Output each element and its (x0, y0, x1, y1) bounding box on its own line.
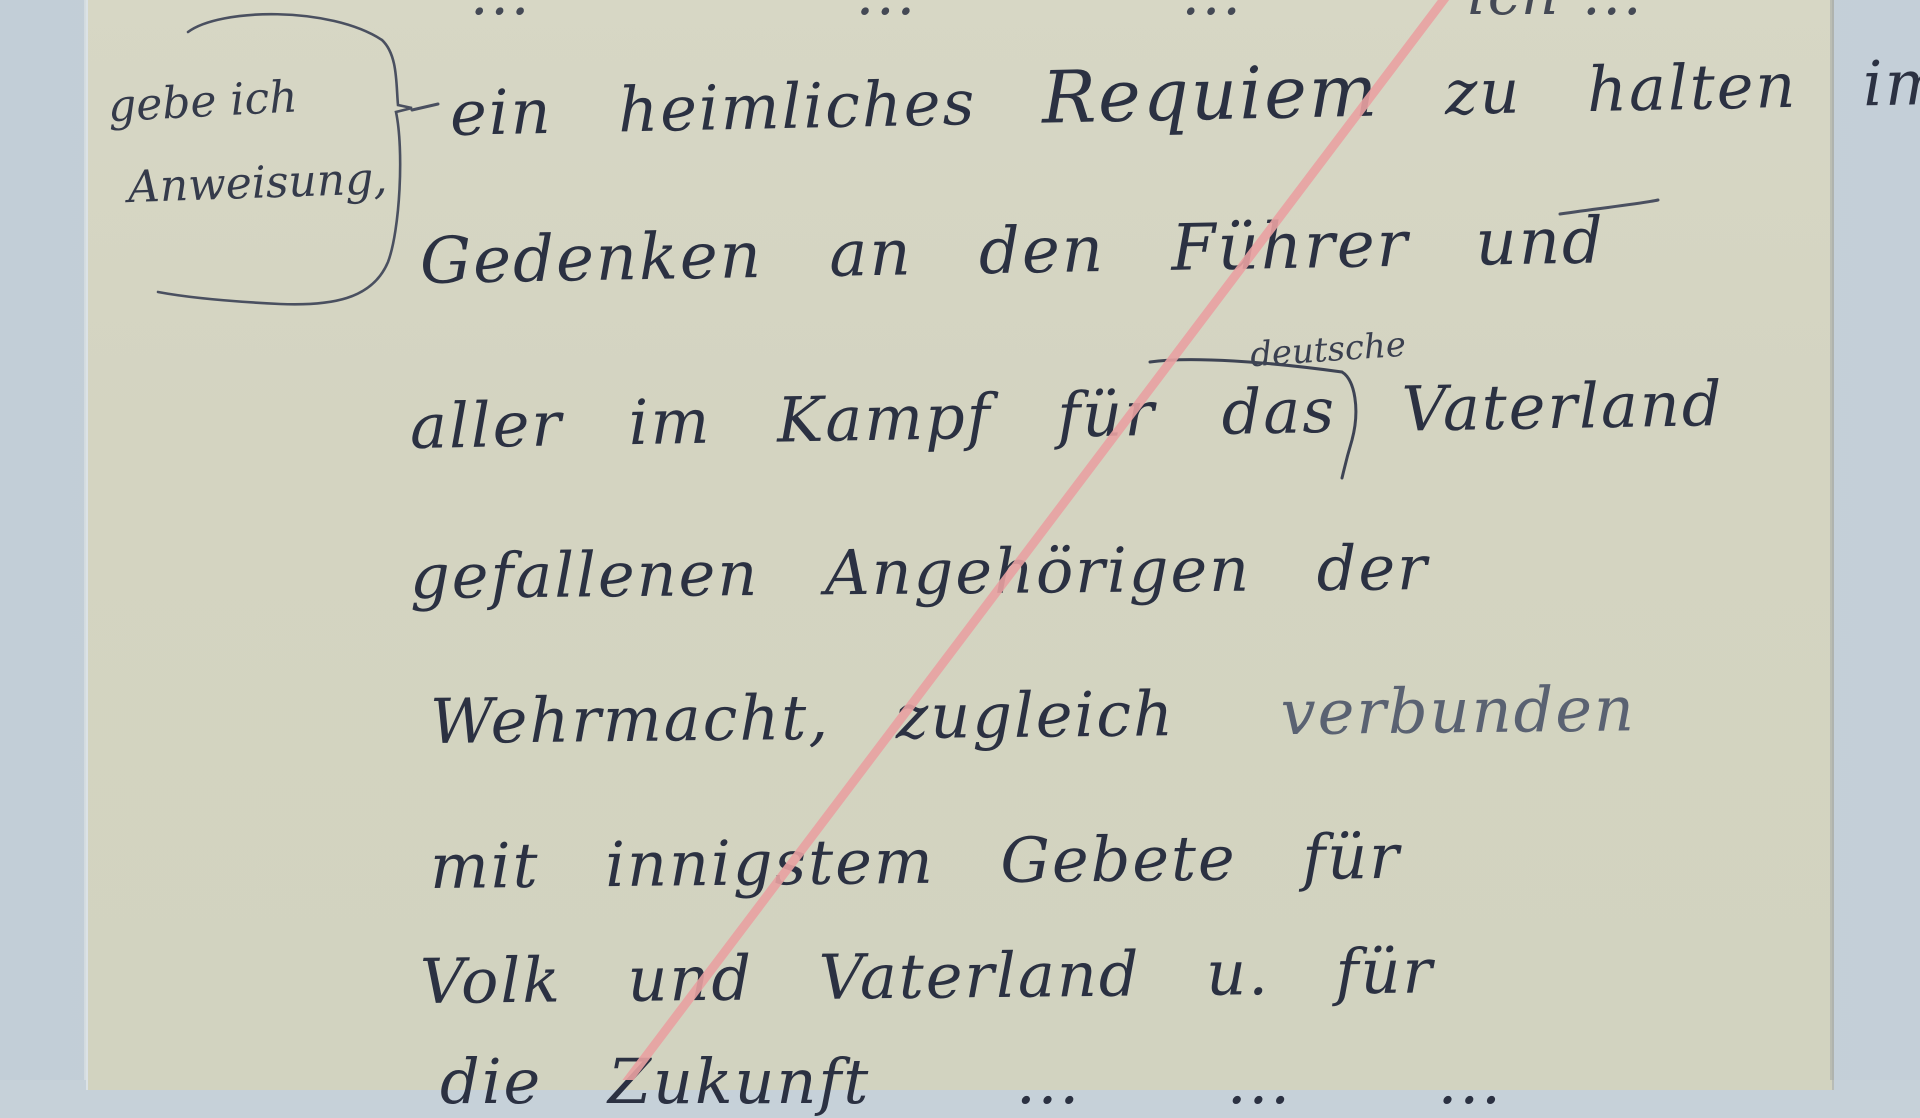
word: Gebete (1000, 822, 1237, 897)
word: halten (1586, 49, 1798, 126)
word: u. (1206, 936, 1270, 1010)
handwritten-line-4: gefallenen Angehörigen der (410, 531, 1473, 613)
word: Volk (420, 944, 563, 1018)
word: für (1302, 820, 1401, 894)
word: den (978, 213, 1105, 289)
word: Zukunft (608, 1045, 870, 1080)
word: die (440, 1045, 542, 1080)
handwritten-line-top-partial: ... ... ... ich ... (470, 0, 1687, 28)
word: und (627, 942, 753, 1016)
margin-annotation: gebe ich Anweisung, (108, 58, 387, 226)
word: verbunden (1280, 672, 1636, 749)
word: im (628, 385, 712, 459)
word: Führer (1171, 208, 1410, 286)
word: ... (856, 0, 917, 28)
word: im (1862, 46, 1920, 121)
handwritten-line-6: mit innigstem Gebete für (430, 819, 1446, 903)
word: aller (409, 387, 563, 463)
word: der (1316, 531, 1429, 605)
word: Vaterland (1401, 367, 1724, 446)
word: Wehrmacht, (430, 681, 831, 758)
word: ein (449, 75, 553, 150)
word: ... (470, 0, 531, 28)
word: Gedenken (419, 219, 763, 299)
word: gefallenen (410, 537, 760, 613)
word: ich ... (1467, 0, 1643, 28)
word: ... (1016, 1045, 1081, 1080)
word: Kampf (776, 380, 992, 457)
word: für (1057, 377, 1157, 452)
word: zu (1444, 55, 1522, 130)
margin-annotation-line-1: gebe ich (106, 51, 389, 150)
word: ... (1227, 1045, 1292, 1080)
margin-annotation-line-2: Anweisung, (107, 137, 389, 231)
word: an (829, 216, 914, 291)
word: Requiem (1041, 49, 1380, 140)
word: das (1221, 374, 1337, 449)
word: für (1335, 934, 1434, 1008)
word: ... (1182, 0, 1243, 28)
word: Vaterland (818, 937, 1140, 1013)
handwritten-line-7: Volk und Vaterland u. für (420, 934, 1479, 1018)
word: Angehörigen (825, 533, 1252, 610)
handwritten-line-5: Wehrmacht, zugleich verbunden (430, 672, 1681, 758)
word: und (1475, 204, 1606, 280)
word: ... (1438, 1045, 1503, 1080)
word: heimliches (617, 66, 977, 146)
handwritten-line-8-partial: die Zukunft ... ... ... (440, 1045, 1547, 1080)
paper-right-edge (1830, 0, 1834, 1080)
word: zugleich (895, 677, 1175, 753)
word: innigstem (605, 825, 935, 901)
word: mit (430, 829, 540, 903)
